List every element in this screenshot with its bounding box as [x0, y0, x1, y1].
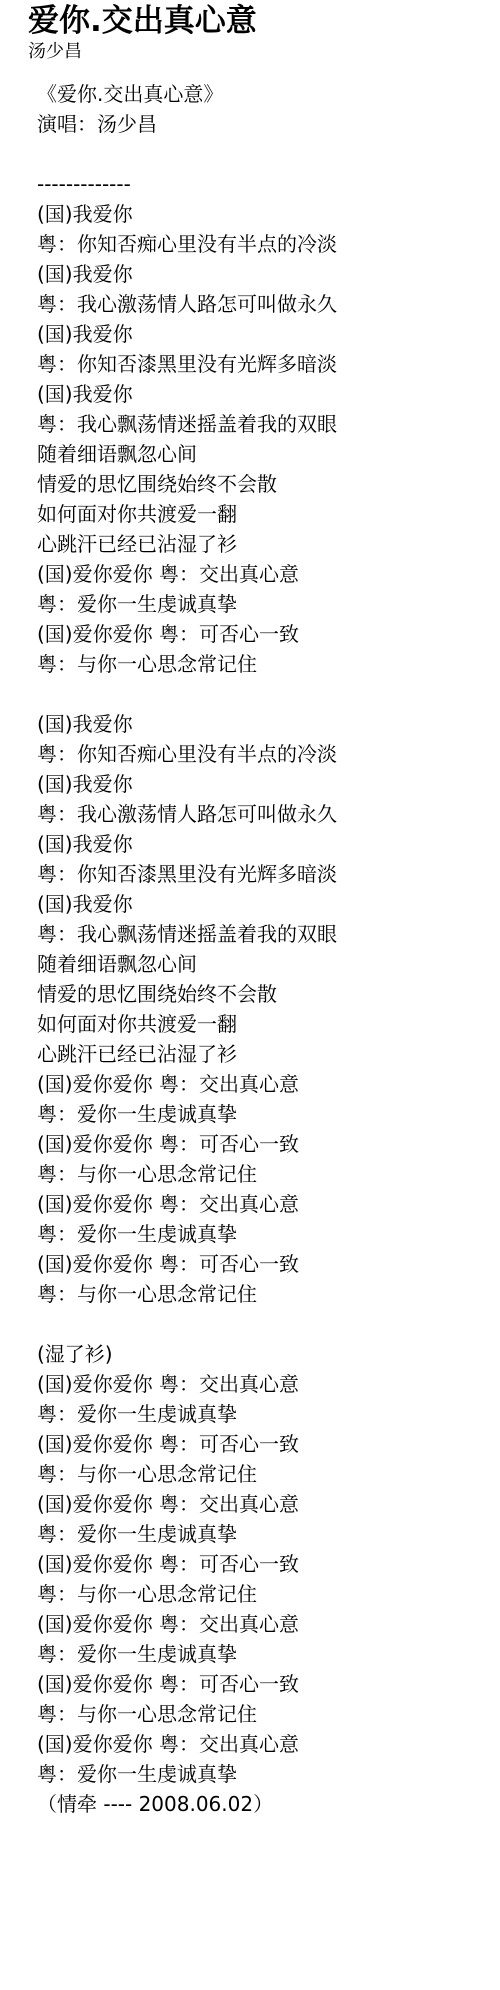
lyric-line: [37, 1309, 490, 1339]
lyric-line: (国)爱你爱你 粤：可否心一致: [37, 1549, 490, 1579]
lyric-line: (国)我爱你: [37, 259, 490, 289]
lyric-line: 随着细语飘忽心间: [37, 949, 490, 979]
lyric-line: 情爱的思忆围绕始终不会散: [37, 469, 490, 499]
lyric-line: (国)我爱你: [37, 829, 490, 859]
lyric-line: (国)我爱你: [37, 319, 490, 349]
lyric-line: (国)爱你爱你 粤：可否心一致: [37, 1429, 490, 1459]
lyric-line: (国)爱你爱你 粤：交出真心意: [37, 1069, 490, 1099]
lyric-line: 随着细语飘忽心间: [37, 439, 490, 469]
lyric-line: (国)我爱你: [37, 709, 490, 739]
lyric-line: (国)爱你爱你 粤：交出真心意: [37, 1729, 490, 1759]
lyric-line: (国)爱你爱你 粤：交出真心意: [37, 1609, 490, 1639]
lyric-line: (国)爱你爱你 粤：可否心一致: [37, 1249, 490, 1279]
lyric-line: 粤：爱你一生虔诚真挚: [37, 1639, 490, 1669]
lyric-line: 心跳汗已经已沾湿了衫: [37, 1039, 490, 1069]
lyric-line: 粤：你知否漆黑里没有光辉多暗淡: [37, 859, 490, 889]
lyric-line: 如何面对你共渡爱一翻: [37, 1009, 490, 1039]
lyric-line: 如何面对你共渡爱一翻: [37, 499, 490, 529]
lyric-line: -------------: [37, 169, 490, 199]
lyric-line: 粤：你知否痴心里没有半点的冷淡: [37, 739, 490, 769]
lyric-line: 粤：我心飘荡情迷摇盖着我的双眼: [37, 919, 490, 949]
lyric-line: (国)我爱你: [37, 199, 490, 229]
lyric-line: 粤：你知否漆黑里没有光辉多暗淡: [37, 349, 490, 379]
lyrics-page: 爱你.交出真心意 汤少昌 《爱你.交出真心意》演唱：汤少昌-----------…: [0, 0, 500, 1990]
lyric-line: [37, 679, 490, 709]
lyric-line: (国)爱你爱你 粤：可否心一致: [37, 619, 490, 649]
lyric-line: 心跳汗已经已沾湿了衫: [37, 529, 490, 559]
lyric-line: (国)我爱你: [37, 769, 490, 799]
lyric-line: (国)我爱你: [37, 379, 490, 409]
lyric-line: 粤：与你一心思念常记住: [37, 1279, 490, 1309]
lyric-line: (国)爱你爱你 粤：可否心一致: [37, 1129, 490, 1159]
lyric-line: 粤：你知否痴心里没有半点的冷淡: [37, 229, 490, 259]
lyric-line: 粤：我心激荡情人路怎可叫做永久: [37, 289, 490, 319]
lyric-line: 粤：与你一心思念常记住: [37, 1159, 490, 1189]
lyric-line: 演唱：汤少昌: [37, 109, 490, 139]
lyric-line: (国)爱你爱你 粤：交出真心意: [37, 1189, 490, 1219]
lyric-line: (国)爱你爱你 粤：交出真心意: [37, 1489, 490, 1519]
page-title: 爱你.交出真心意: [28, 2, 490, 40]
lyric-line: 粤：爱你一生虔诚真挚: [37, 1219, 490, 1249]
lyric-line: 粤：爱你一生虔诚真挚: [37, 589, 490, 619]
lyric-line: 粤：爱你一生虔诚真挚: [37, 1759, 490, 1789]
lyric-line: (国)爱你爱你 粤：交出真心意: [37, 559, 490, 589]
lyrics-body: 《爱你.交出真心意》演唱：汤少昌-------------(国)我爱你粤：你知否…: [28, 79, 490, 1819]
lyric-line: 粤：我心飘荡情迷摇盖着我的双眼: [37, 409, 490, 439]
lyric-line: 粤：与你一心思念常记住: [37, 649, 490, 679]
lyric-line: 粤：爱你一生虔诚真挚: [37, 1099, 490, 1129]
lyric-line: 《爱你.交出真心意》: [37, 79, 490, 109]
lyric-line: (国)我爱你: [37, 889, 490, 919]
lyric-line: (国)爱你爱你 粤：交出真心意: [37, 1369, 490, 1399]
lyric-line: 粤：我心激荡情人路怎可叫做永久: [37, 799, 490, 829]
lyric-line: (国)爱你爱你 粤：可否心一致: [37, 1669, 490, 1699]
lyric-line: 粤：与你一心思念常记住: [37, 1579, 490, 1609]
lyric-line: 粤：爱你一生虔诚真挚: [37, 1399, 490, 1429]
lyric-line: (湿了衫): [37, 1339, 490, 1369]
lyric-line: [37, 139, 490, 169]
artist-name: 汤少昌: [28, 40, 490, 64]
lyric-line: 情爱的思忆围绕始终不会散: [37, 979, 490, 1009]
lyric-line: 粤：与你一心思念常记住: [37, 1459, 490, 1489]
lyric-line: 粤：与你一心思念常记住: [37, 1699, 490, 1729]
lyric-line: 粤：爱你一生虔诚真挚: [37, 1519, 490, 1549]
lyric-line: （情牵 ---- 2008.06.02）: [37, 1789, 490, 1819]
